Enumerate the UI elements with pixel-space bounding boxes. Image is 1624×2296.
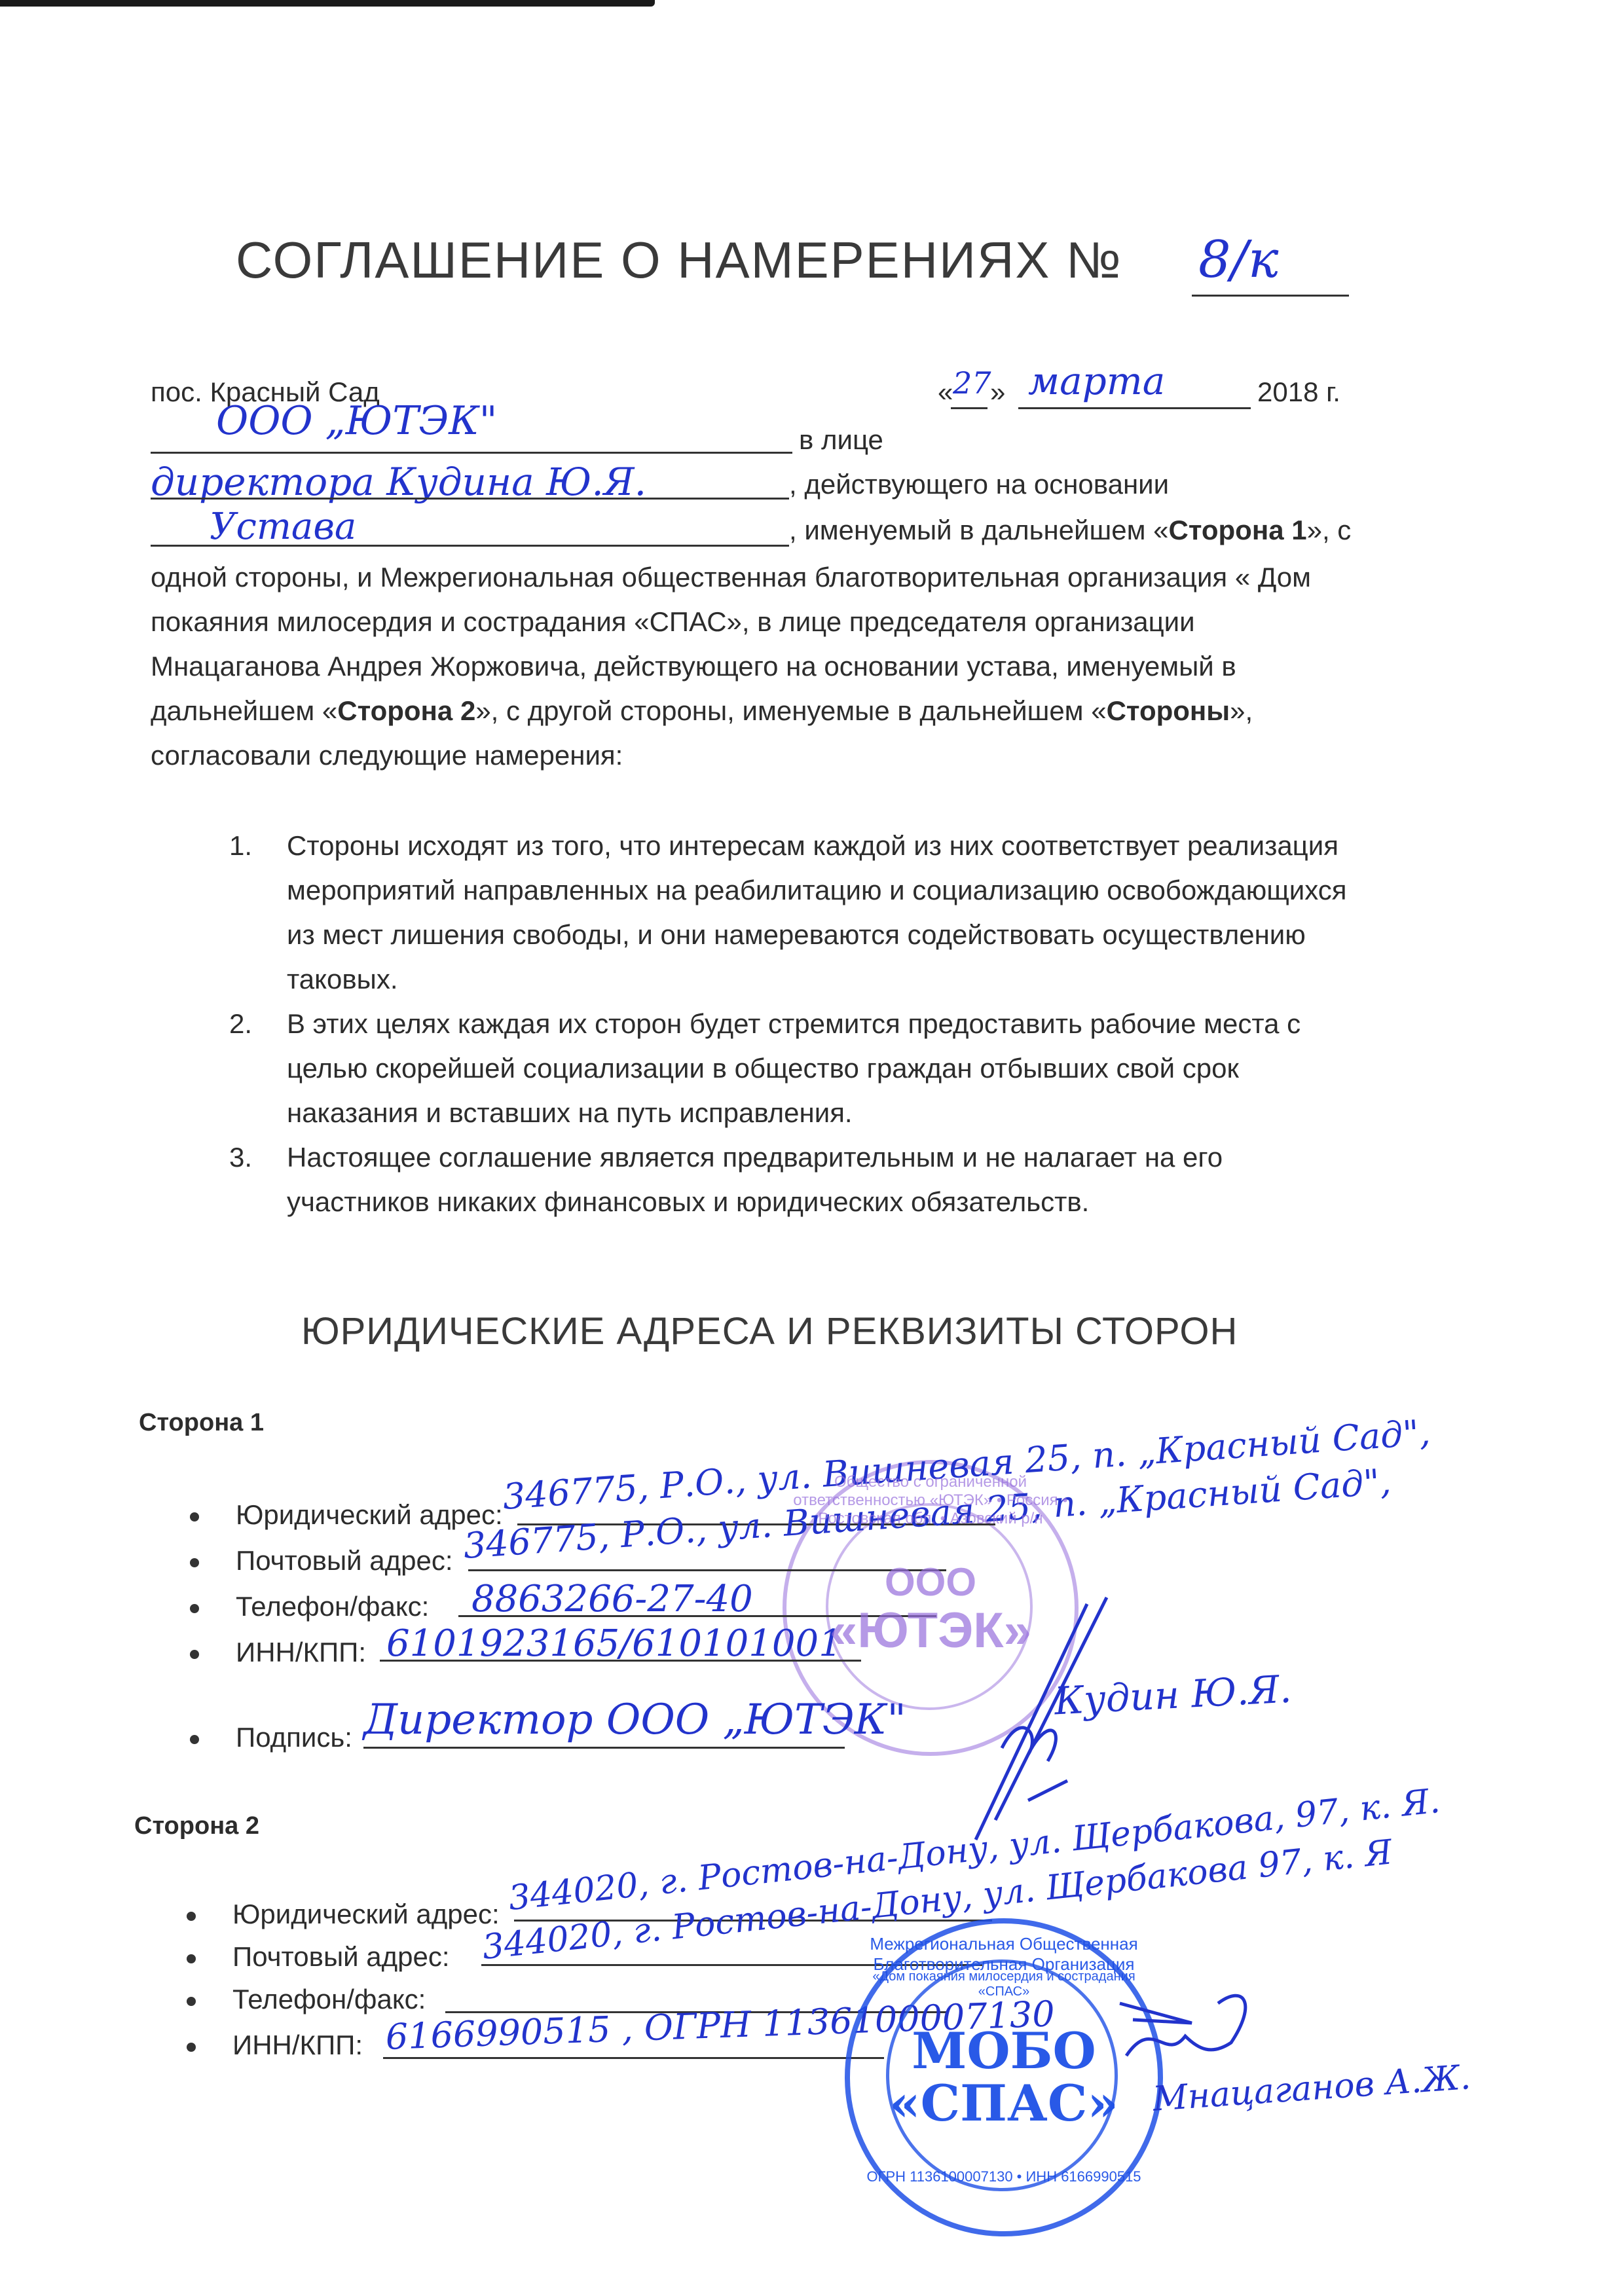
title-text: СОГЛАШЕНИЕ О НАМЕРЕНИЯХ № (236, 231, 1122, 289)
field-label: ИНН/КПП: (232, 2030, 363, 2060)
clause-line: таковых. (287, 957, 1421, 1002)
field-label: Телефон/факс: (232, 1984, 426, 2014)
basis: Устава (210, 505, 356, 548)
stamp-top-text: МОБО (912, 2025, 1096, 2077)
named-text-end: », с (1307, 515, 1352, 545)
basis-underline (151, 545, 789, 547)
text: », с другой стороны, именуемые в дальней… (475, 695, 1106, 726)
clause-line: Настоящее соглашение является предварите… (287, 1135, 1421, 1180)
clause-number: 2. (229, 1002, 252, 1046)
field-label: Подпись: (236, 1722, 352, 1753)
clause-item: 3. Настоящее соглашение является предвар… (229, 1135, 1421, 1224)
named-party1-text: , именуемый в дальнейшем «Сторона 1», с (789, 515, 1351, 546)
preamble-line: дальнейшем «Сторона 2», с другой стороны… (151, 689, 1395, 733)
preamble-line: одной стороны, и Межрегиональная обществ… (151, 555, 1395, 600)
side2-phone-row: Телефон/факс: (187, 1984, 426, 2015)
field-label: Почтовый адрес: (236, 1545, 453, 1576)
side1-phone-value: 8863266-27-40 (471, 1578, 753, 1620)
date-month: марта (1028, 359, 1165, 403)
field-label: Телефон/факс: (236, 1591, 429, 1622)
bullet-icon (187, 1954, 196, 1963)
bullet-icon (190, 1650, 199, 1659)
field-label: ИНН/КПП: (236, 1637, 366, 1667)
stamp-ring-text: Общество с ограниченной ответственностью… (786, 1473, 1075, 1528)
clause-number: 3. (229, 1135, 252, 1180)
stamp-name: «СПАС» (889, 2077, 1118, 2130)
side1-signature-title: Директор ООО „ЮТЭК" (363, 1696, 906, 1744)
date-close-quote: » (990, 376, 1005, 408)
text: дальнейшем « (151, 695, 337, 726)
bullet-icon (190, 1512, 199, 1522)
clause-item: 1. Стороны исходят из того, что интереса… (229, 824, 1421, 1002)
stamp-ring-inner: «Дом покаяния милосердия и сострадания «… (850, 1969, 1158, 1999)
party1-label: Сторона 1 (1169, 515, 1307, 545)
acting-basis-text: , действующего на основании (789, 469, 1169, 500)
page-title: СОГЛАШЕНИЕ О НАМЕРЕНИЯХ № (236, 230, 1122, 290)
clauses-list: 1. Стороны исходят из того, что интереса… (229, 824, 1421, 1224)
field-label: Юридический адрес: (232, 1899, 500, 1929)
side1-heading: Сторона 1 (139, 1409, 264, 1437)
clause-line: мероприятий направленных на реабилитацию… (287, 868, 1421, 913)
named-text: , именуемый в дальнейшем « (789, 515, 1169, 545)
underline (380, 1660, 861, 1662)
month-underline (1018, 407, 1251, 409)
side2-heading: Сторона 2 (134, 1812, 259, 1840)
underline (383, 2057, 884, 2059)
clause-item: 2. В этих целях каждая их сторон будет с… (229, 1002, 1421, 1135)
agreement-number: 8/к (1198, 230, 1278, 289)
clause-line: целью скорейшей социализации в общество … (287, 1046, 1421, 1091)
parties-label: Стороны (1107, 695, 1230, 726)
date-day: 27 (953, 365, 991, 401)
preamble-body: одной стороны, и Межрегиональная обществ… (151, 555, 1395, 778)
text: », (1230, 695, 1253, 726)
side2-signature-scribble (1113, 1990, 1310, 2069)
bullet-icon (187, 1912, 196, 1921)
scan-edge (0, 0, 655, 7)
day-underline (951, 407, 987, 409)
underline (468, 1569, 946, 1571)
preamble-line: согласовали следующие намерения: (151, 733, 1395, 778)
side1-postal-address-row: Почтовый адрес: (190, 1545, 453, 1576)
bullet-icon (190, 1604, 199, 1613)
field-label: Почтовый адрес: (232, 1941, 450, 1972)
clause-line: из мест лишения свободы, и они намереваю… (287, 913, 1421, 957)
side1-signature-row: Подпись: (190, 1722, 352, 1753)
clause-line: В этих целях каждая их сторон будет стре… (287, 1002, 1421, 1046)
stamp-name: «ЮТЭК» (830, 1605, 1031, 1657)
party2-label: Сторона 2 (337, 695, 475, 726)
side1-phone-row: Телефон/факс: (190, 1591, 429, 1622)
clause-line: участников никаких финансовых и юридичес… (287, 1180, 1421, 1224)
date-open-quote: « (938, 376, 953, 408)
preamble-line: Мнацаганова Андрея Жоржовича, действующе… (151, 644, 1395, 689)
mobo-spas-stamp: Межрегиональная Общественная Благотворит… (845, 1918, 1163, 2236)
clause-number: 1. (229, 824, 252, 868)
date-year: 2018 г. (1257, 376, 1340, 408)
party1-underline (151, 452, 792, 454)
bullet-icon (190, 1735, 199, 1744)
bullet-icon (187, 2043, 196, 2052)
bullet-icon (190, 1558, 199, 1567)
side1-inn-row: ИНН/КПП: (190, 1637, 366, 1668)
stamp-ring-outer: Межрегиональная Общественная Благотворит… (850, 1934, 1158, 1975)
side1-legal-address-row: Юридический адрес: (190, 1499, 503, 1531)
stamp-ring-bottom: ОГРН 1136100007130 • ИНН 6166990515 (850, 2168, 1158, 2185)
clause-line: Стороны исходят из того, что интересам к… (287, 824, 1421, 868)
representative-underline (151, 498, 789, 500)
clause-line: наказания и вставших на путь исправления… (287, 1091, 1421, 1135)
bullet-icon (187, 1997, 196, 2006)
underline (363, 1747, 845, 1749)
side2-inn-row: ИНН/КПП: (187, 2030, 363, 2061)
side2-legal-address-row: Юридический адрес: (187, 1899, 500, 1930)
requisites-heading: ЮРИДИЧЕСКИЕ АДРЕСА И РЕКВИЗИТЫ СТОРОН (301, 1309, 1238, 1353)
preamble-line: покаяния милосердия и сострадания «СПАС»… (151, 600, 1395, 644)
stamp-top-text: ООО (885, 1559, 976, 1605)
in-person-text: в лице (799, 424, 883, 456)
side2-postal-address-row: Почтовый адрес: (187, 1941, 450, 1973)
party1-name: ООО „ЮТЭК" (216, 398, 497, 444)
number-underline (1192, 295, 1349, 297)
side1-inn-value: 6101923165/610101001 (386, 1622, 842, 1665)
